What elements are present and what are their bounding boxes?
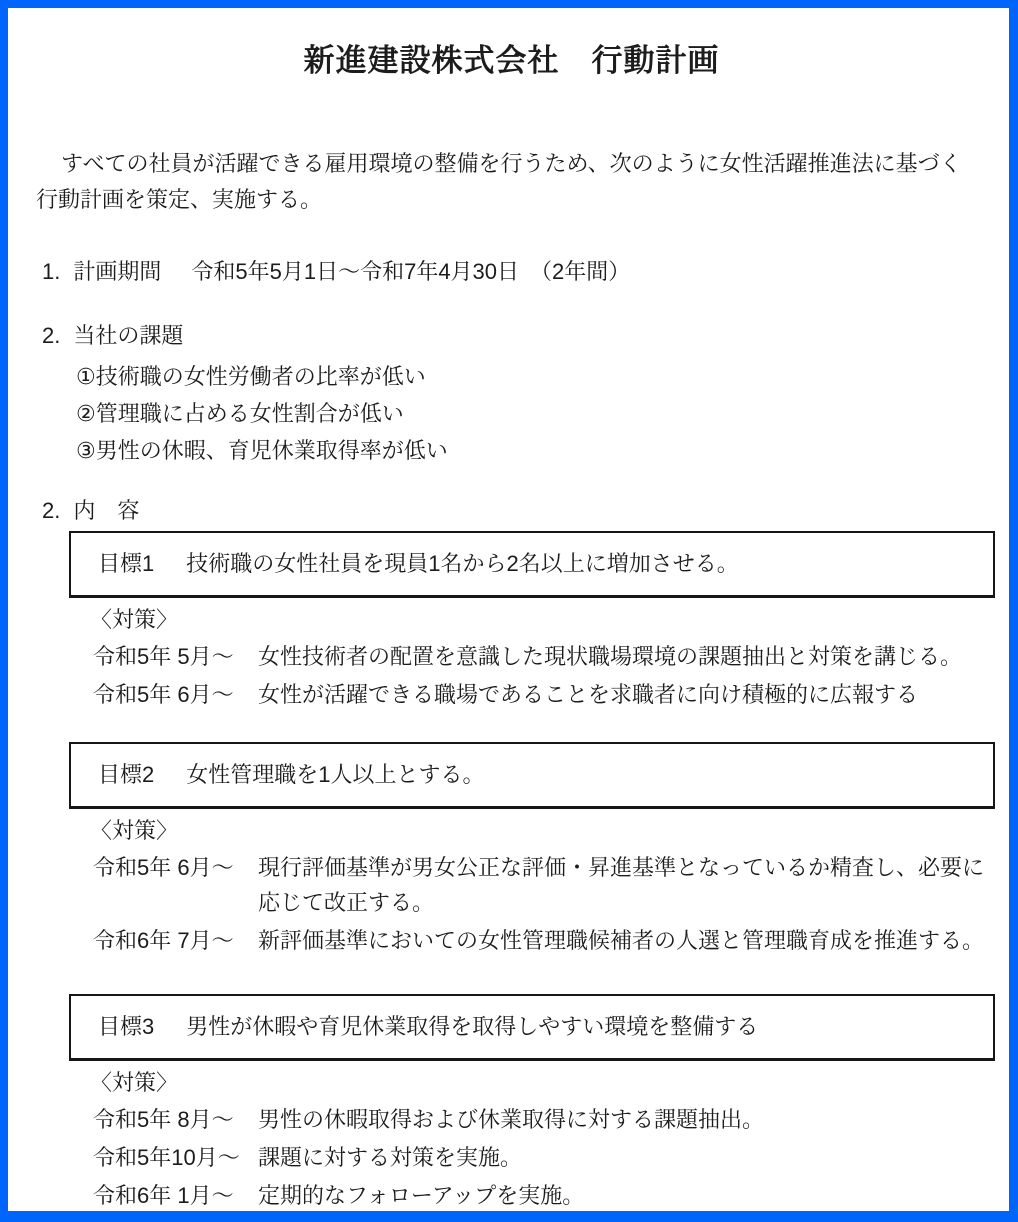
measure-row: 令和6年 7月～ 新評価基準においての女性管理職候補者の人選と管理職育成を推進す… — [93, 923, 987, 958]
measure-text: 男性の休暇取得および休業取得に対する課題抽出。 — [258, 1102, 987, 1137]
measure-date: 令和5年 6月～ — [93, 677, 258, 712]
measure-date: 令和5年10月～ — [93, 1140, 258, 1175]
goal-2-label: 目標2 — [98, 763, 154, 787]
measure-text: 定期的なフォローアップを実施。 — [258, 1178, 987, 1213]
issue-item: ②管理職に占める女性割合が低い — [76, 395, 987, 432]
measure-date: 令和5年 5月～ — [93, 639, 258, 674]
section-issues-number: 2. — [42, 322, 60, 350]
goal-1-label: 目標1 — [98, 552, 154, 576]
goal-1-measures: 令和5年 5月～ 女性技術者の配置を意識した現状職場環境の課題抽出と対策を講じる… — [36, 639, 987, 712]
goal-3-text: 男性が休暇や育児休業取得を取得しやすい環境を整備する — [186, 1015, 758, 1039]
measure-row: 令和5年10月～ 課題に対する対策を実施。 — [93, 1140, 987, 1175]
goal-3-label: 目標3 — [98, 1015, 154, 1039]
issue-list: ①技術職の女性労働者の比率が低い ②管理職に占める女性割合が低い ③男性の休暇、… — [76, 358, 987, 469]
section-content-heading: 2.内 容 — [42, 497, 987, 525]
measure-row: 令和5年 8月～ 男性の休暇取得および休業取得に対する課題抽出。 — [93, 1102, 987, 1137]
measure-date: 令和6年 1月～ — [93, 1178, 258, 1213]
document-title: 新進建設株式会社 行動計画 — [36, 40, 987, 82]
section-issues-heading: 2.当社の課題 — [42, 322, 987, 350]
goal-1-measures-label: 〈対策〉 — [90, 607, 987, 633]
measure-text: 現行評価基準が男女公正な評価・昇進基準となっているか精査し、必要に応じて改正する… — [258, 850, 987, 920]
goal-2-text: 女性管理職を1人以上とする。 — [186, 763, 484, 787]
goal-2-measures: 令和5年 6月～ 現行評価基準が男女公正な評価・昇進基準となっているか精査し、必… — [36, 850, 987, 958]
goal-1-text: 技術職の女性社員を現員1名から2名以上に増加させる。 — [186, 552, 738, 576]
intro-paragraph: すべての社員が活躍できる雇用環境の整備を行うため、次のように女性活躍推進法に基づ… — [36, 146, 965, 218]
section-period-label: 計画期間 — [73, 259, 161, 284]
measure-date: 令和6年 7月～ — [93, 923, 258, 958]
measure-text: 新評価基準においての女性管理職候補者の人選と管理職育成を推進する。 — [258, 923, 987, 958]
measure-date: 令和5年 8月～ — [93, 1102, 258, 1137]
section-issues: 2.当社の課題 ①技術職の女性労働者の比率が低い ②管理職に占める女性割合が低い… — [36, 322, 987, 469]
measure-text: 女性が活躍できる職場であることを求職者に向け積極的に広報する — [258, 677, 987, 712]
measure-row: 令和5年 6月～ 女性が活躍できる職場であることを求職者に向け積極的に広報する — [93, 677, 987, 712]
goal-3-measures-label: 〈対策〉 — [90, 1070, 987, 1096]
issue-item: ①技術職の女性労働者の比率が低い — [76, 358, 987, 395]
section-period-number: 1. — [42, 258, 60, 286]
document-page: 新進建設株式会社 行動計画 すべての社員が活躍できる雇用環境の整備を行うため、次… — [0, 0, 1018, 1222]
section-period-value: 令和5年5月1日～令和7年4月30日 （2年間） — [191, 259, 630, 284]
section-content-label: 内 容 — [73, 498, 139, 523]
measure-row: 令和5年 6月～ 現行評価基準が男女公正な評価・昇進基準となっているか精査し、必… — [93, 850, 987, 920]
goal-3-measures: 令和5年 8月～ 男性の休暇取得および休業取得に対する課題抽出。 令和5年10月… — [36, 1102, 987, 1213]
issue-item: ③男性の休暇、育児休業取得率が低い — [76, 432, 987, 469]
measure-text: 女性技術者の配置を意識した現状職場環境の課題抽出と対策を講じる。 — [258, 639, 987, 674]
measure-text: 課題に対する対策を実施。 — [258, 1140, 987, 1175]
section-content-number: 2. — [42, 497, 60, 525]
measure-row: 令和5年 5月～ 女性技術者の配置を意識した現状職場環境の課題抽出と対策を講じる… — [93, 639, 987, 674]
measure-date: 令和5年 6月～ — [93, 850, 258, 920]
goal-box-1: 目標1 技術職の女性社員を現員1名から2名以上に増加させる。 — [69, 531, 995, 598]
section-issues-label: 当社の課題 — [73, 323, 183, 348]
goal-box-2: 目標2 女性管理職を1人以上とする。 — [69, 742, 995, 809]
measure-row: 令和6年 1月～ 定期的なフォローアップを実施。 — [93, 1178, 987, 1213]
goal-2-measures-label: 〈対策〉 — [90, 818, 987, 844]
goal-box-3: 目標3 男性が休暇や育児休業取得を取得しやすい環境を整備する — [69, 994, 995, 1061]
section-period: 1.計画期間令和5年5月1日～令和7年4月30日 （2年間） — [42, 258, 987, 286]
